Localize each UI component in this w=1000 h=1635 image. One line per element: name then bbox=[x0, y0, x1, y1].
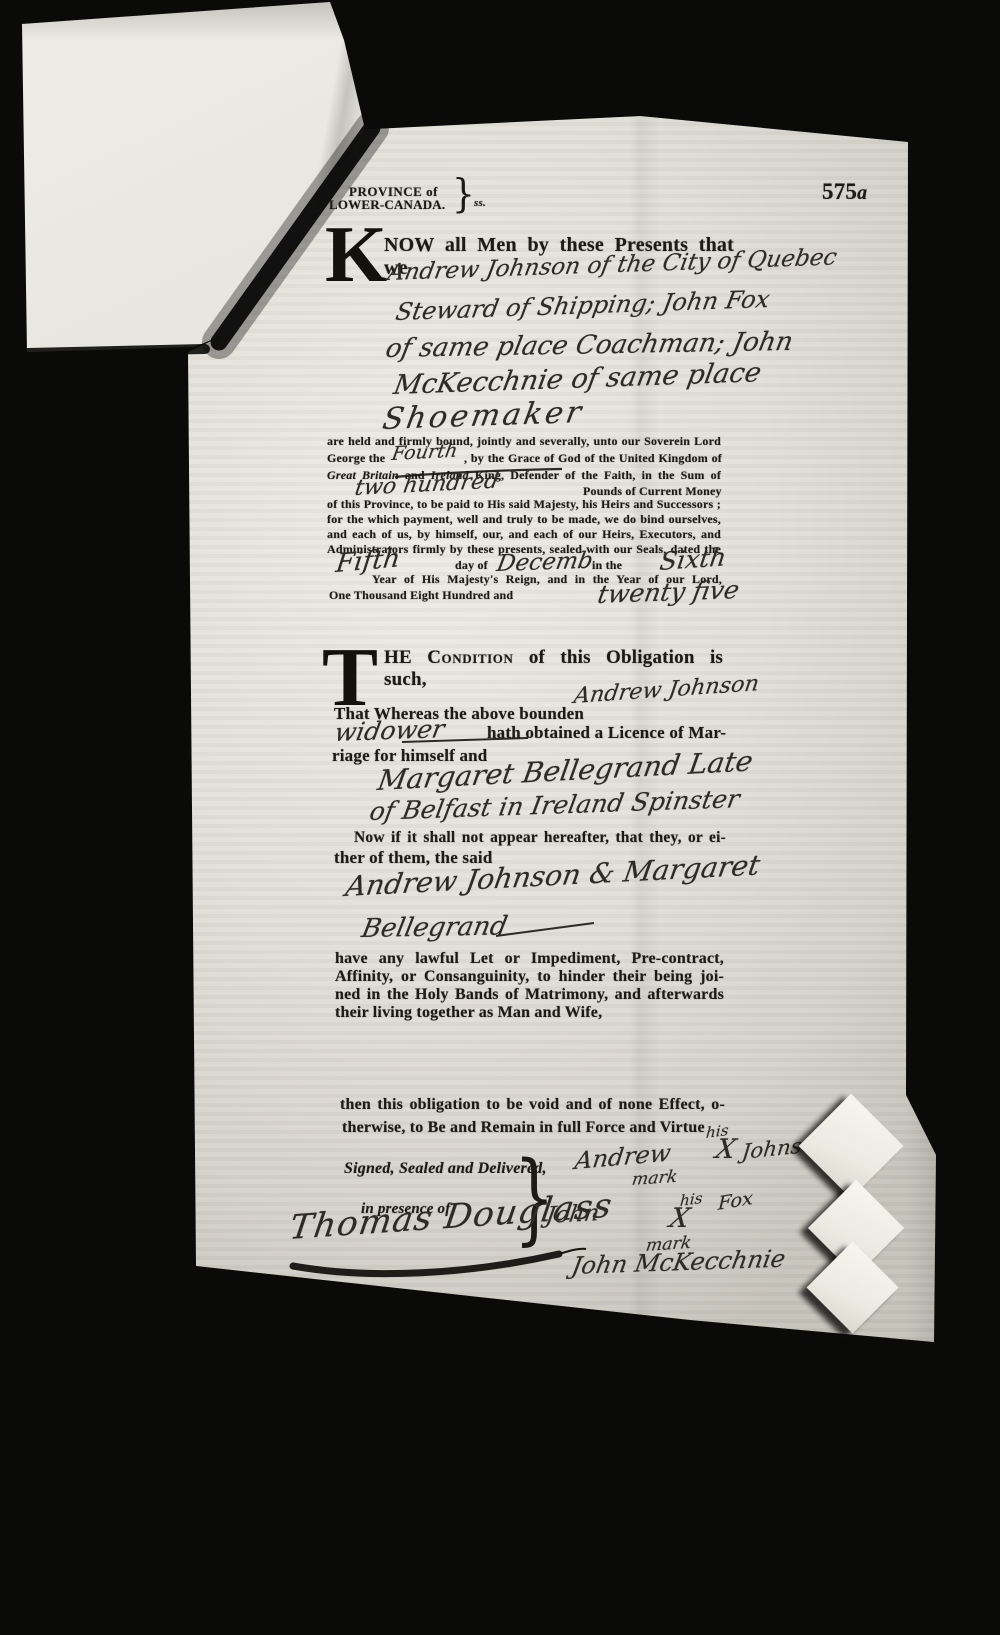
condition-heading-he: HE bbox=[384, 647, 412, 668]
condition-heading-word: Condition bbox=[427, 647, 513, 668]
obligation-line: George the bbox=[327, 451, 385, 466]
header-brace: } bbox=[452, 172, 475, 217]
obligation-line: in the bbox=[592, 558, 622, 573]
signature-witness-thomas-douglass: Thomas Douglass bbox=[287, 1186, 615, 1248]
scanned-marriage-bond: PROVINCE of LOWER-CANADA. } ss. 575a K N… bbox=[0, 0, 1000, 1635]
handwritten-year: twenty five bbox=[595, 575, 741, 609]
signature-john-last: Fox bbox=[718, 1187, 754, 1215]
page-text-layer: PROVINCE of LOWER-CANADA. } ss. 575a K N… bbox=[0, 0, 1000, 1635]
condition-line: have any lawful Let or Impediment, Pre-c… bbox=[335, 950, 724, 968]
signature-john-x-mark: X bbox=[667, 1203, 693, 1234]
handwritten-couple-surname: Bellegrand bbox=[359, 911, 510, 944]
condition-line: Now if it shall not appear hereafter, th… bbox=[354, 829, 726, 847]
folio-printed: 575 bbox=[822, 179, 857, 204]
obligation-line: and each of us, by himself, our, and eac… bbox=[327, 527, 721, 542]
condition-line: ned in the Holy Bands of Matrimony, and … bbox=[335, 986, 724, 1004]
folio-suffix: a bbox=[857, 182, 867, 204]
handwritten-regnal-year: Sixth bbox=[658, 542, 728, 575]
obligation-line: for the which payment, well and truly to… bbox=[327, 512, 721, 527]
condition-line: Affinity, or Consanguinity, to hinder th… bbox=[335, 968, 724, 986]
obligation-line: , by the Grace of God of the United King… bbox=[464, 451, 722, 466]
condition-line: hath obtained a Licence of Mar- bbox=[487, 723, 726, 743]
handwritten-king-ordinal: Fourth bbox=[390, 440, 459, 465]
handwritten-status: widower bbox=[332, 714, 446, 747]
signature-andrew-mark-word: mark bbox=[631, 1167, 679, 1190]
closing-line: then this obligation to be void and of n… bbox=[340, 1096, 725, 1114]
signature-mckecchnie: John McKecchnie bbox=[570, 1245, 788, 1280]
dropcap-t: T bbox=[322, 645, 378, 711]
closing-line: therwise, to Be and Remain in full Force… bbox=[342, 1119, 705, 1137]
header-ss-abbrev: ss. bbox=[474, 197, 486, 209]
handwritten-parties-line: Steward of Shipping; John Fox bbox=[394, 285, 773, 326]
condition-line: their living together as Man and Wife, bbox=[335, 1004, 602, 1022]
obligation-line: One Thousand Eight Hundred and bbox=[329, 588, 513, 603]
obligation-line: of this Province, to be paid to His said… bbox=[327, 497, 721, 512]
obligation-line: day of bbox=[455, 558, 488, 573]
handwritten-parties-line: Shoemaker bbox=[380, 395, 587, 437]
folio-number: 575a bbox=[822, 179, 867, 205]
obligation-line: are held and firmly bound, jointly and s… bbox=[327, 434, 721, 449]
dropcap-k: K bbox=[325, 224, 387, 286]
obligation-line3-rest: King, Defender of the Faith, in the Sum … bbox=[475, 468, 721, 482]
